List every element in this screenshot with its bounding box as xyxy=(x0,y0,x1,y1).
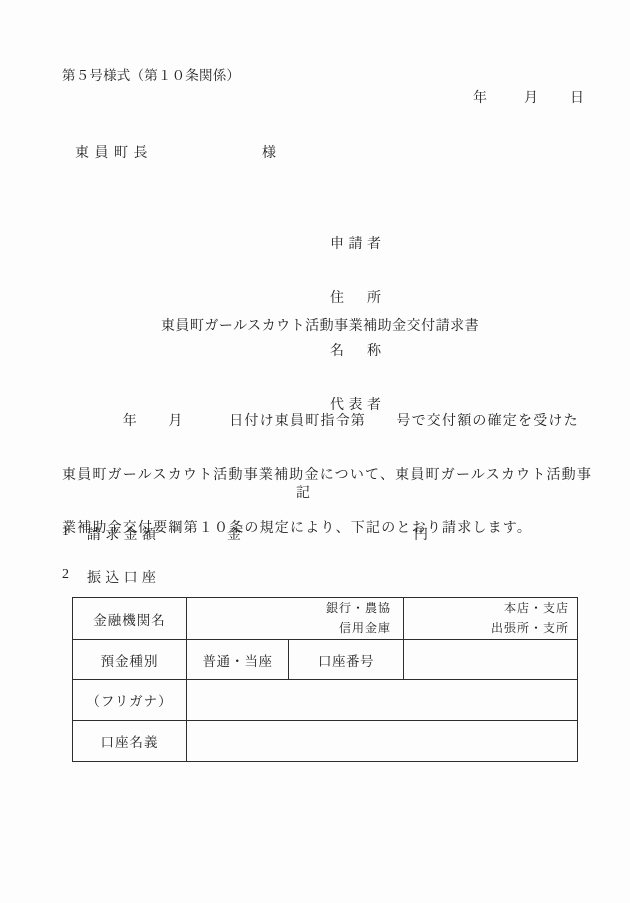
month-label: 月 xyxy=(524,87,538,107)
deposit-type-options-cell: 普通・当座 xyxy=(187,640,289,680)
table-row-account-holder: 口座名義 xyxy=(73,721,578,762)
table-row-deposit: 預金種別 普通・当座 口座番号 xyxy=(73,640,578,680)
document-title: 東員町ガールスカウト活動事業補助金交付請求書 xyxy=(0,315,630,335)
table-row-furigana: （フリガナ） xyxy=(73,680,578,721)
year-label: 年 xyxy=(473,87,487,107)
table-row-institution: 金融機関名 銀行・農協 信用金庫 本店・支店 出張所・支所 xyxy=(73,598,578,640)
institution-label-cell: 金融機関名 xyxy=(73,598,187,640)
branch-type-line2: 出張所・支所 xyxy=(404,618,577,638)
form-number: 第５号様式（第１０条関係） xyxy=(62,64,240,84)
furigana-field xyxy=(187,680,578,721)
date-line: 年 月 日 xyxy=(0,87,630,103)
amount-prefix: 金 xyxy=(227,524,241,544)
item-transfer-account: 2 振込口座 xyxy=(0,567,630,585)
item2-number: 2 xyxy=(62,567,69,583)
amount-suffix: 円 xyxy=(414,524,428,544)
item2-label: 振込口座 xyxy=(87,567,160,587)
applicant-address-label: 住 所 xyxy=(330,288,386,310)
item-claim-amount: 1 請求金額 金 円 xyxy=(0,524,630,542)
account-holder-label-cell: 口座名義 xyxy=(73,721,187,762)
deposit-type-label-cell: 預金種別 xyxy=(73,640,187,680)
branch-name-field: 本店・支店 出張所・支所 xyxy=(404,598,578,640)
item1-number: 1 xyxy=(62,524,69,540)
account-number-field xyxy=(404,640,578,680)
account-holder-field xyxy=(187,721,578,762)
branch-type-line1: 本店・支店 xyxy=(404,598,577,618)
body-line-2: 東員町ガールスカウト活動事業補助金について、東員町ガールスカウト活動事 xyxy=(62,465,607,487)
institution-type-line1: 銀行・農協 xyxy=(187,598,403,618)
day-label: 日 xyxy=(570,87,584,107)
applicant-name-label: 名 称 xyxy=(330,341,386,363)
applicant-heading: 申請者 xyxy=(330,234,386,256)
addressee-line: 東員町長 様 xyxy=(0,142,630,158)
account-number-label-cell: 口座番号 xyxy=(289,640,404,680)
bank-account-table: 金融機関名 銀行・農協 信用金庫 本店・支店 出張所・支所 預金種別 普通・当座… xyxy=(72,597,578,762)
institution-type-line2: 信用金庫 xyxy=(187,618,403,638)
document-page: 第５号様式（第１０条関係） 年 月 日 東員町長 様 申請者 住 所 名 称 代… xyxy=(0,0,630,903)
addressee-honorific: 様 xyxy=(262,142,276,162)
addressee-name: 東員町長 xyxy=(75,142,153,162)
item1-label: 請求金額 xyxy=(87,524,160,544)
furigana-label-cell: （フリガナ） xyxy=(73,680,187,721)
institution-name-field: 銀行・農協 信用金庫 xyxy=(187,598,404,640)
record-mark: 記 xyxy=(296,482,311,502)
body-line-1: 年 月 日付け東員町指令第 号で交付額の確定を受けた xyxy=(62,411,607,433)
